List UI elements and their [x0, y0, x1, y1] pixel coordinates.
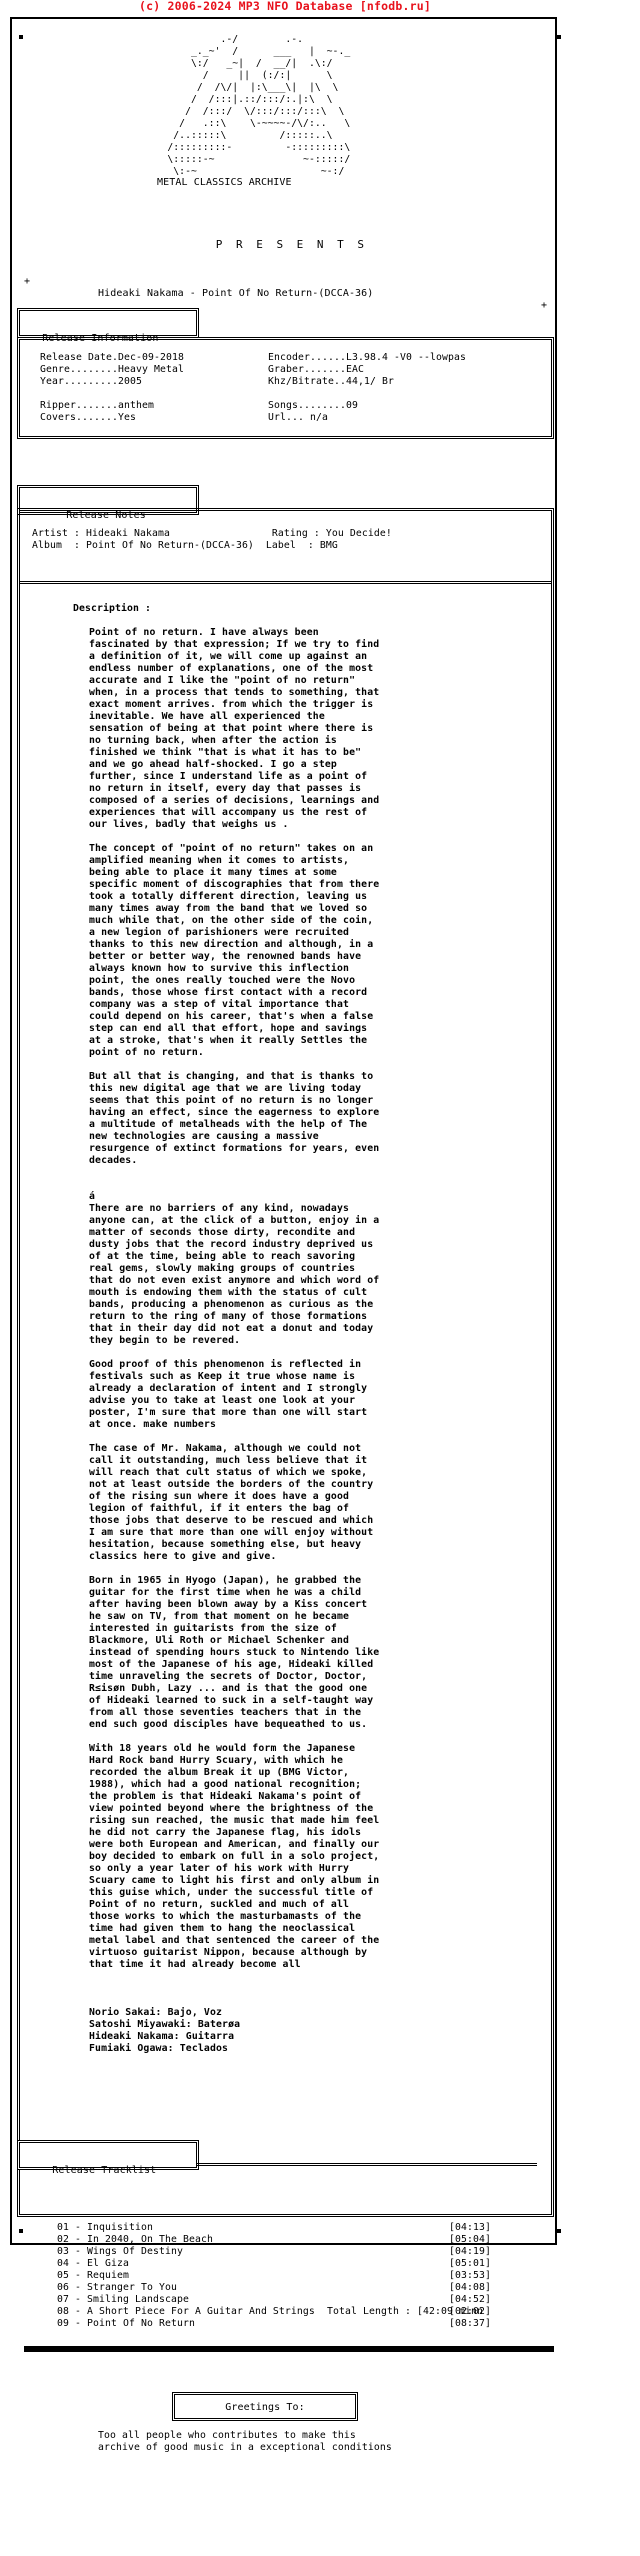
- track-row: 05 - Requiem[03:53]: [57, 2270, 507, 2282]
- track-title: 06 - Stranger To You: [57, 2282, 177, 2293]
- corner-marker-top-right: [557, 35, 561, 39]
- tab-release-information: Release Information: [17, 308, 199, 338]
- bullet-right: +: [541, 300, 547, 312]
- description-label: Description :: [73, 603, 151, 615]
- presents-text: P R E S E N T S: [216, 238, 368, 251]
- corner-marker-bottom-right: [557, 2229, 561, 2233]
- track-title: 08 - A Short Piece For A Guitar And Stri…: [57, 2306, 315, 2317]
- greetings-label: Greetings To:: [225, 2402, 305, 2413]
- section-separator-bar: [24, 2346, 554, 2352]
- track-row: 09 - Point Of No Return[08:37]: [57, 2318, 507, 2330]
- track-duration: [05:04]: [449, 2234, 491, 2246]
- description-paragraph: With 18 years old he would form the Japa…: [89, 1743, 489, 1995]
- bullet-left: +: [24, 276, 30, 288]
- description-paragraph: á There are no barriers of any kind, now…: [89, 1191, 489, 1347]
- total-length: Total Length : [42:09 minn: [327, 2306, 483, 2318]
- track-duration: [04:19]: [449, 2246, 491, 2258]
- description-paragraph: But all that is changing, and that is th…: [89, 1071, 489, 1179]
- track-row: 07 - Smiling Landscape[04:52]: [57, 2294, 507, 2306]
- description-paragraph: The concept of "point of no return" take…: [89, 843, 489, 1059]
- tracklist-rule: [196, 2163, 537, 2166]
- description-paragraph: Good proof of this phenomenon is reflect…: [89, 1359, 489, 1431]
- description-body: Point of no return. I have always been f…: [89, 627, 489, 2067]
- corner-marker-top-left: [19, 35, 23, 39]
- greetings-line-2: archive of good music in a exceptional c…: [98, 2442, 392, 2454]
- presents-heading: P R E S E N T S: [10, 227, 553, 251]
- track-row: 01 - Inquisition[04:13]: [57, 2222, 507, 2234]
- description-paragraph: Born in 1965 in Hyogo (Japan), he grabbe…: [89, 1575, 489, 1731]
- track-title: 03 - Wings Of Destiny: [57, 2246, 183, 2257]
- artist-line: Artist : Hideaki Nakama Rating : You Dec…: [32, 528, 392, 540]
- logo-caption: METAL CLASSICS ARCHIVE: [157, 177, 292, 189]
- description-paragraph: Point of no return. I have always been f…: [89, 627, 489, 831]
- track-duration: [04:13]: [449, 2222, 491, 2234]
- release-notes-divider: [20, 581, 551, 584]
- greetings-box: Greetings To:: [172, 2392, 358, 2421]
- corner-marker-bottom-left: [19, 2229, 23, 2233]
- track-title: 02 - In 2040, On The Beach: [57, 2234, 213, 2245]
- track-title: 07 - Smiling Landscape: [57, 2294, 189, 2305]
- track-title: 01 - Inquisition: [57, 2222, 153, 2233]
- release-title: Hideaki Nakama - Point Of No Return-(DCC…: [98, 288, 373, 300]
- track-duration: [03:53]: [449, 2270, 491, 2282]
- tab-label: Release Tracklist: [52, 2165, 156, 2176]
- track-row: 03 - Wings Of Destiny[04:19]: [57, 2246, 507, 2258]
- release-information-right-column: Encoder......L3.98.4 -V0 --lowpas Graber…: [268, 352, 466, 424]
- track-row: 02 - In 2040, On The Beach[05:04]: [57, 2234, 507, 2246]
- release-title-line: + Hideaki Nakama - Point Of No Return-(D…: [10, 264, 553, 312]
- release-information-left-column: Release Date.Dec-09-2018 Genre........He…: [40, 352, 184, 424]
- track-row: 04 - El Giza[05:01]: [57, 2258, 507, 2270]
- track-duration: [05:01]: [449, 2258, 491, 2270]
- album-line: Album : Point Of No Return-(DCCA-36) Lab…: [32, 540, 338, 552]
- copyright-banner: (c) 2006-2024 MP3 NFO Database [nfodb.ru…: [0, 0, 570, 13]
- tab-release-tracklist: Release Tracklist: [17, 2140, 199, 2170]
- track-title: 09 - Point Of No Return: [57, 2318, 195, 2329]
- track-duration: [04:52]: [449, 2294, 491, 2306]
- description-paragraph: Norio Sakai: Bajo, Voz Satoshi Miyawaki:…: [89, 2007, 489, 2055]
- track-title: 04 - El Giza: [57, 2258, 129, 2269]
- greetings-line-1: Too all people who contributes to make t…: [98, 2430, 356, 2442]
- track-duration: [08:37]: [449, 2318, 491, 2330]
- track-title: 05 - Requiem: [57, 2270, 129, 2281]
- description-paragraph: The case of Mr. Nakama, although we coul…: [89, 1443, 489, 1563]
- ascii-art-logo: .-/ .-. _._~' / ___ | ~-._ \:/ _~| / __/…: [132, 34, 350, 178]
- track-row: 06 - Stranger To You[04:08]: [57, 2282, 507, 2294]
- track-duration: [04:08]: [449, 2282, 491, 2294]
